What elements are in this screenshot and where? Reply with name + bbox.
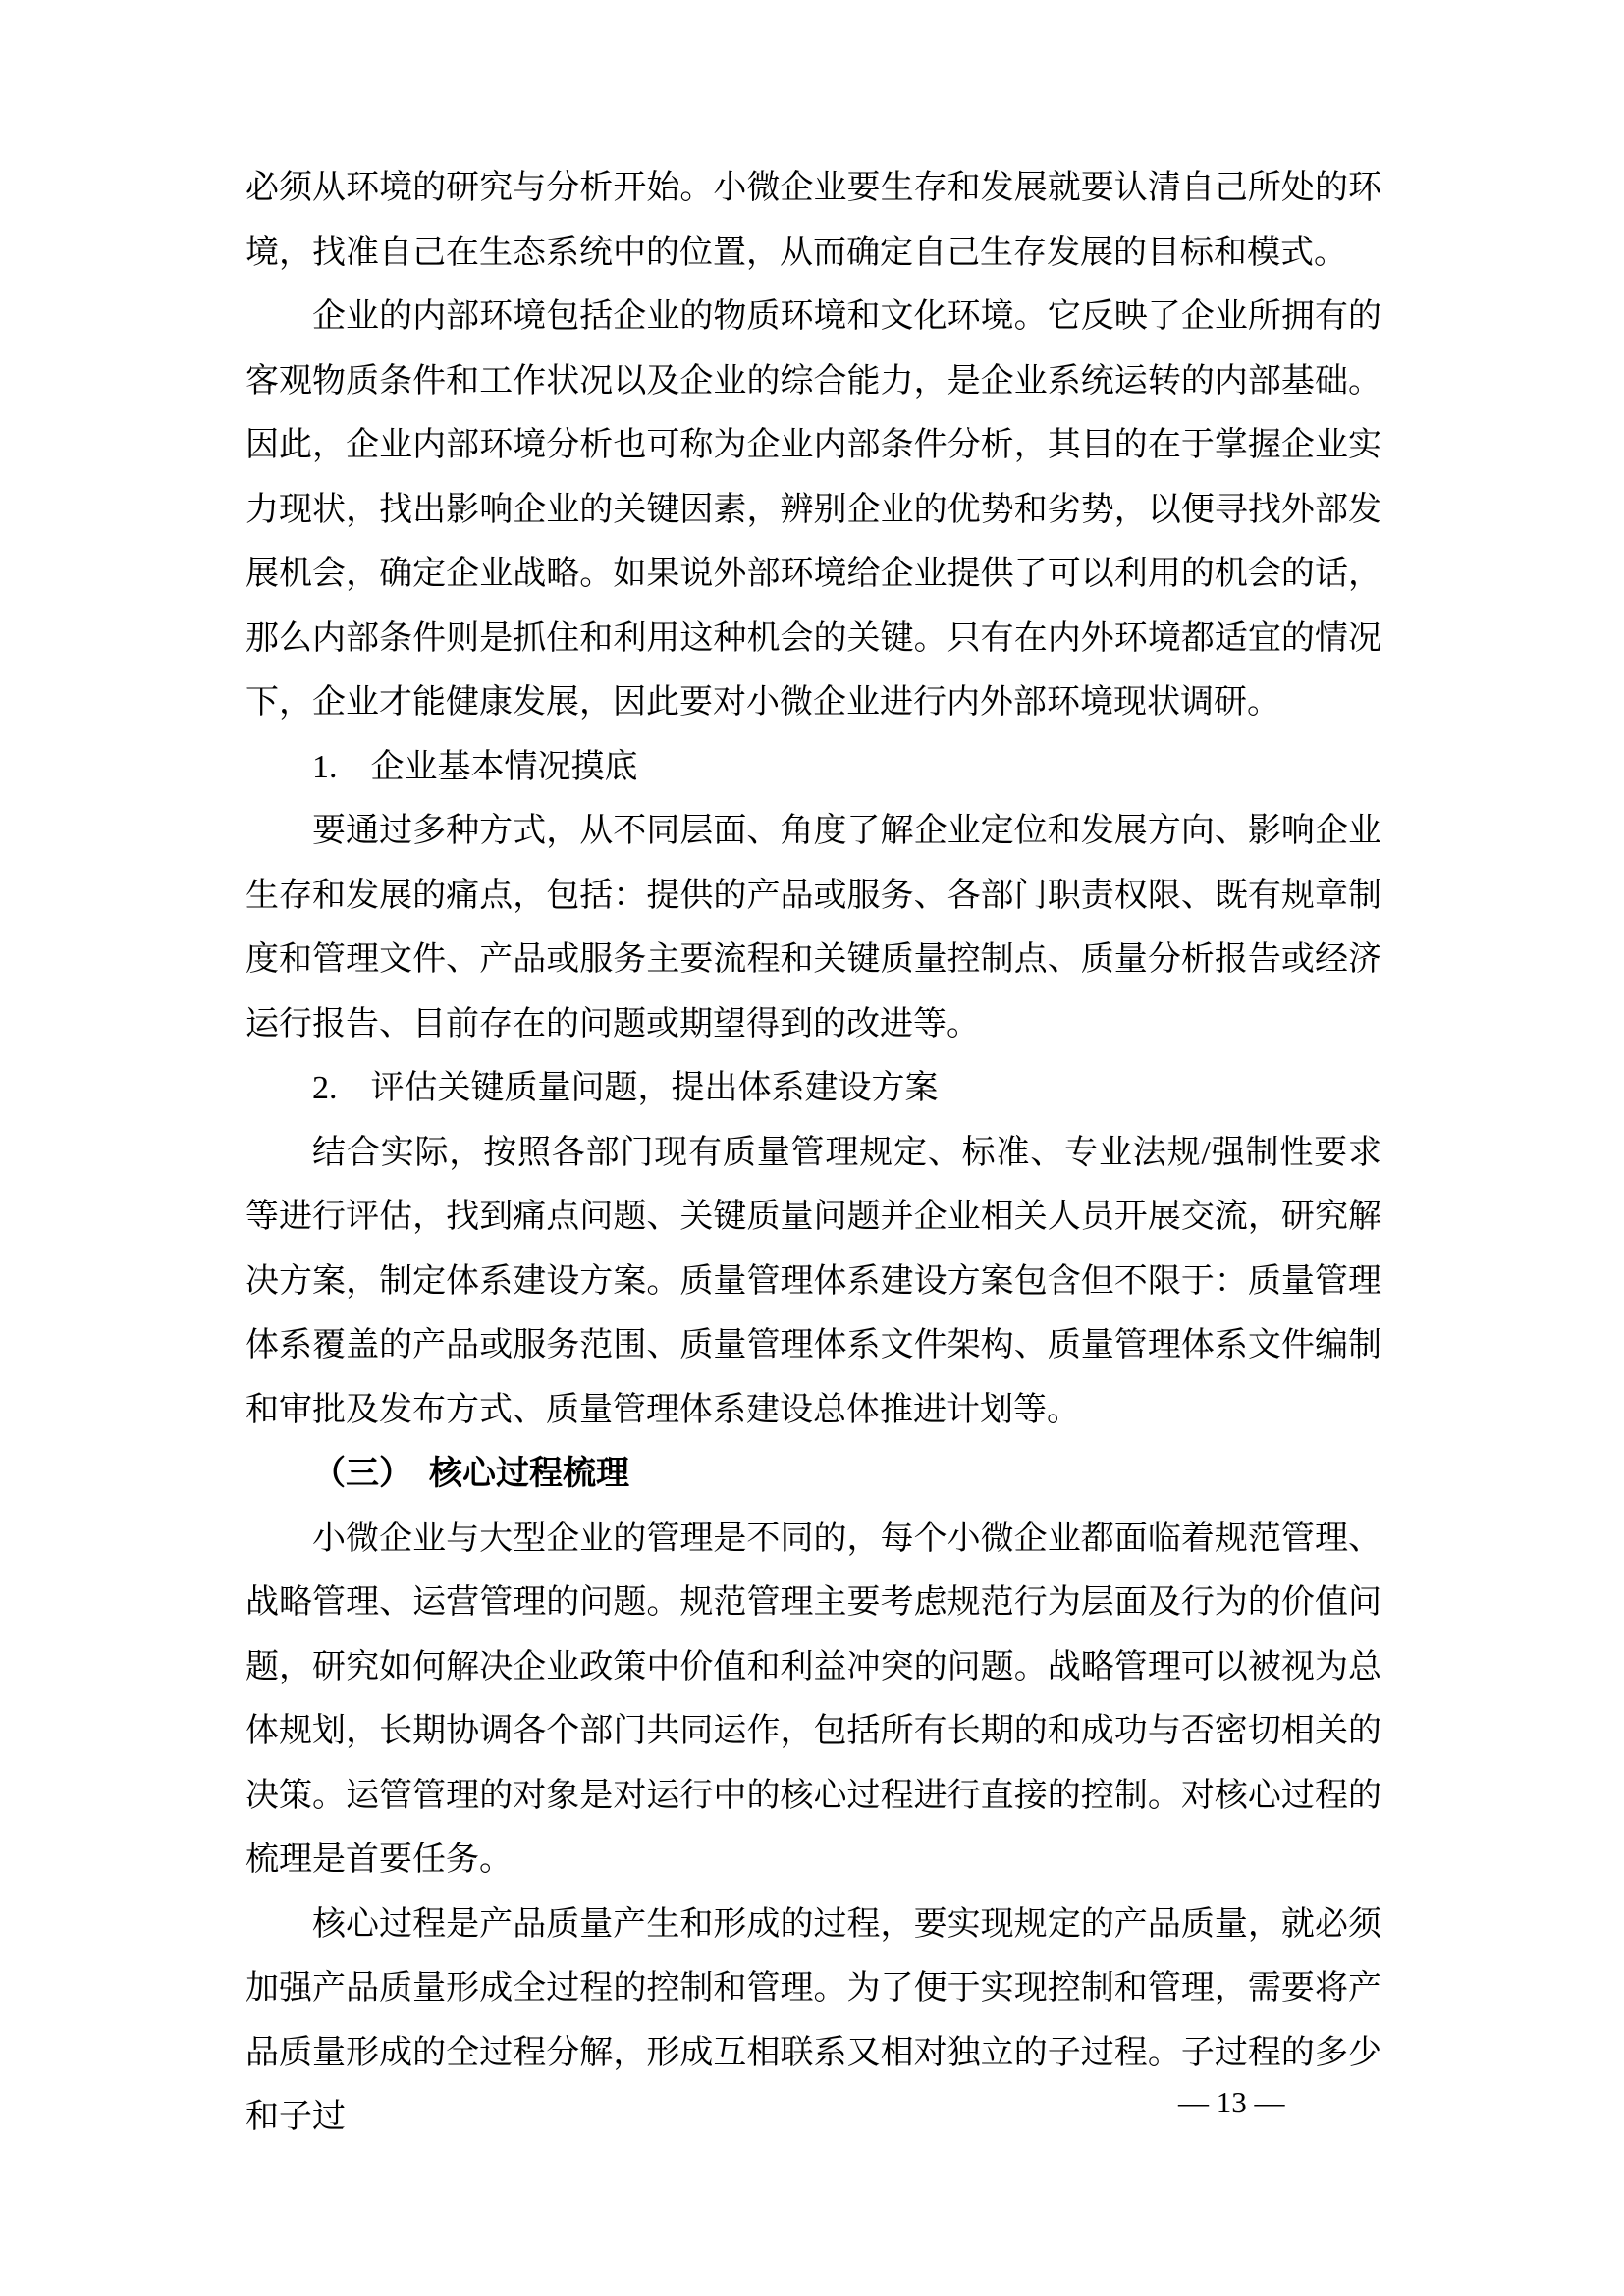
paragraph-survey-methods: 要通过多种方式，从不同层面、角度了解企业定位和发展方向、影响企业生存和发展的痛点… <box>245 799 1381 1056</box>
section-heading-core-process: （三） 核心过程梳理 <box>245 1442 1381 1507</box>
page-number: — 13 — <box>1178 2083 1285 2122</box>
paragraph-management-types: 小微企业与大型企业的管理是不同的，每个小微企业都面临着规范管理、战略管理、运营管… <box>245 1507 1381 1893</box>
document-page: 必须从环境的研究与分析开始。小微企业要生存和发展就要认清自己所处的环境，找准自己… <box>0 0 1624 2296</box>
paragraph-internal-environment: 企业的内部环境包括企业的物质环境和文化环境。它反映了企业所拥有的客观物质条件和工… <box>245 285 1381 735</box>
document-content: 必须从环境的研究与分析开始。小微企业要生存和发展就要认清自己所处的环境，找准自己… <box>245 156 1381 2150</box>
paragraph-environment-analysis: 必须从环境的研究与分析开始。小微企业要生存和发展就要认清自己所处的环境，找准自己… <box>245 156 1381 285</box>
list-item-2-quality-assessment: 2. 评估关键质量问题，提出体系建设方案 <box>245 1056 1381 1121</box>
paragraph-system-construction-plan: 结合实际，按照各部门现有质量管理规定、标准、专业法规/强制性要求等进行评估，找到… <box>245 1121 1381 1443</box>
list-item-1-basic-situation: 1. 企业基本情况摸底 <box>245 735 1381 800</box>
